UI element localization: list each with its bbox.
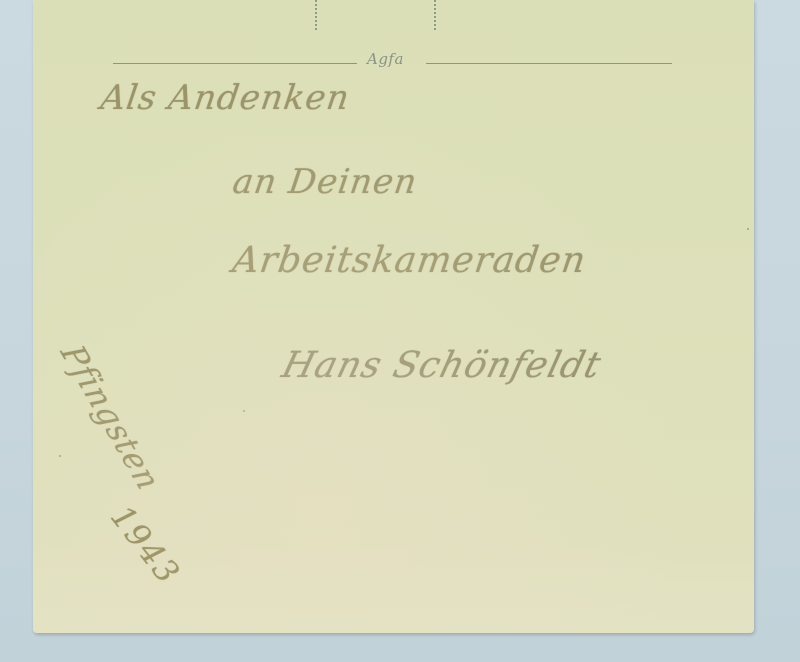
stamp-box-dotted-line-right — [434, 0, 436, 30]
paper-speck — [59, 455, 61, 457]
divider-rule-left — [113, 63, 357, 64]
handwritten-year: 1943 — [103, 498, 188, 592]
handwritten-side-note: Pfingsten — [52, 340, 169, 495]
paper-speck — [243, 410, 245, 412]
handwritten-signature: Hans Schönfeldt — [278, 345, 606, 386]
stamp-box-dotted-line-left — [315, 0, 317, 30]
divider-rule-right — [426, 63, 672, 64]
paper-speck — [747, 228, 749, 230]
brand-mark: Agfa — [367, 50, 404, 68]
handwriting-line-3: Arbeitskameraden — [230, 240, 589, 281]
handwriting-line-1: Als Andenken — [98, 78, 352, 118]
postcard: Agfa Als Andenken an Deinen Arbeitskamer… — [33, 0, 754, 633]
handwriting-line-2: an Deinen — [230, 162, 420, 202]
